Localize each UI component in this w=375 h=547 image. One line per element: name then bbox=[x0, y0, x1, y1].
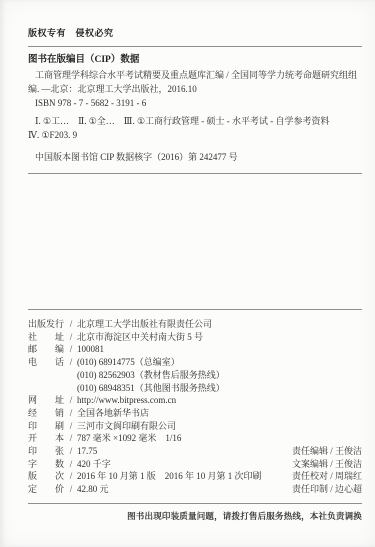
staff-credit: 责任编辑 / 王俊洁 bbox=[292, 445, 362, 458]
publication-field-value: http://www.bitpress.com.cn bbox=[77, 394, 362, 407]
publication-field-label: 印 刷 bbox=[28, 420, 65, 433]
publication-row: 印 张 / 17.75 责任编辑 / 王俊洁 bbox=[28, 445, 362, 458]
divider-cip-bottom bbox=[28, 173, 362, 174]
staff-credit-role: 文案编辑 bbox=[292, 459, 328, 469]
cip-entry-line1: 工商管理学科综合水平考试精要及重点题库汇编 / 全国同等学力统考命题研究组组 bbox=[28, 69, 362, 81]
publication-field-value: 北京市海淀区中关村南大街 5 号 bbox=[77, 331, 362, 344]
publication-row: 字 数 / 420 千字 文案编辑 / 王俊洁 bbox=[28, 458, 362, 471]
staff-credit-name: 王俊洁 bbox=[335, 459, 362, 469]
publication-field-value: (010) 68914775（总编室） bbox=[77, 356, 362, 369]
publication-row: 邮 编 / 100081 bbox=[28, 343, 362, 356]
publication-row: 开 本 / 787 毫米 ×1092 毫米 1/16 bbox=[28, 432, 362, 445]
publication-row: 定 价 / 42.80 元 责任印制 / 边心超 bbox=[28, 483, 362, 496]
cip-classification-line1: Ⅰ. ①工… Ⅱ. ①全… Ⅲ. ①工商行政管理 - 硕士 - 水平考试 - 自… bbox=[28, 115, 362, 127]
label-value-separator: / bbox=[65, 445, 77, 458]
staff-credit: 责任印制 / 边心超 bbox=[292, 483, 362, 496]
staff-credit-separator: / bbox=[328, 446, 335, 456]
cip-record-number: 中国版本图书馆 CIP 数据核字（2016）第 242477 号 bbox=[28, 151, 362, 163]
staff-credit-role: 责任印制 bbox=[292, 484, 328, 494]
publication-field-value: 全国各地新华书店 bbox=[77, 407, 362, 420]
label-value-separator: / bbox=[65, 432, 77, 445]
publication-field-label: 印 张 bbox=[28, 445, 65, 458]
staff-credit-name: 王俊洁 bbox=[335, 446, 362, 456]
publication-field-value: (010) 82562903（教材售后服务热线） bbox=[77, 369, 362, 382]
label-value-separator: / bbox=[65, 343, 77, 356]
label-value-separator: / bbox=[65, 458, 77, 471]
staff-credit: 责任校对 / 周瑞红 bbox=[292, 470, 362, 483]
publication-field-label: 经 销 bbox=[28, 407, 65, 420]
staff-credit-name: 周瑞红 bbox=[335, 471, 362, 481]
staff-credit-separator: / bbox=[328, 484, 335, 494]
label-value-separator: / bbox=[65, 420, 77, 433]
staff-credit-separator: / bbox=[328, 459, 335, 469]
cip-classification-line2: Ⅳ. ①F203. 9 bbox=[28, 129, 362, 141]
label-value-separator: / bbox=[65, 331, 77, 344]
divider-publication-top bbox=[28, 309, 362, 310]
publication-row: 出版发行 / 北京理工大学出版社有限责任公司 bbox=[28, 318, 362, 331]
publication-field-label: 网 址 bbox=[28, 394, 65, 407]
label-value-separator: / bbox=[65, 318, 77, 331]
book-copyright-page: 版权专有 侵权必究 图书在版编目（CIP）数据 工商管理学科综合水平考试精要及重… bbox=[0, 0, 375, 547]
publication-field-label: 字 数 bbox=[28, 458, 65, 471]
publication-row: 经 销 / 全国各地新华书店 bbox=[28, 407, 362, 420]
publication-field-value: 42.80 元 bbox=[77, 483, 292, 496]
cip-entry-line2: 编. —北京：北京理工大学出版社，2016.10 bbox=[28, 83, 362, 95]
publication-field-label: 社 址 bbox=[28, 331, 65, 344]
publication-field-label: 电 话 bbox=[28, 356, 65, 369]
publication-field-label: 版 次 bbox=[28, 470, 65, 483]
label-value-separator: / bbox=[65, 356, 77, 369]
publication-field-label: 邮 编 bbox=[28, 343, 65, 356]
publication-field-value: 17.75 bbox=[77, 445, 292, 458]
publication-field-value: 100081 bbox=[77, 343, 362, 356]
publication-row: 电 话 / (010) 68914775（总编室） bbox=[28, 356, 362, 369]
publication-row: 社 址 / 北京市海淀区中关村南大街 5 号 bbox=[28, 331, 362, 344]
copyright-notice: 版权专有 侵权必究 bbox=[28, 27, 362, 39]
label-value-separator: / bbox=[65, 483, 77, 496]
divider-top bbox=[28, 46, 362, 47]
publication-field-label: 出版发行 bbox=[28, 318, 65, 331]
publication-field-value: 北京理工大学出版社有限责任公司 bbox=[77, 318, 362, 331]
staff-credit-role: 责任校对 bbox=[292, 471, 328, 481]
label-value-separator: / bbox=[65, 407, 77, 420]
staff-credit-role: 责任编辑 bbox=[292, 446, 328, 456]
divider-footer bbox=[28, 503, 362, 504]
publication-field-label: 开 本 bbox=[28, 432, 65, 445]
publication-field-value: 2016 年 10 月第 1 版 2016 年 10 月第 1 次印刷 bbox=[77, 470, 292, 483]
publication-row: (010) 68948351（其他图书服务热线） bbox=[28, 382, 362, 395]
publication-field-label: 定 价 bbox=[28, 483, 65, 496]
publication-row: 网 址 / http://www.bitpress.com.cn bbox=[28, 394, 362, 407]
publication-rows: 出版发行 / 北京理工大学出版社有限责任公司 社 址 / 北京市海淀区中关村南大… bbox=[28, 318, 362, 496]
publication-row: (010) 82562903（教材售后服务热线） bbox=[28, 369, 362, 382]
publication-field-value: 420 千字 bbox=[77, 458, 292, 471]
publication-field-value: 787 毫米 ×1092 毫米 1/16 bbox=[77, 432, 362, 445]
isbn-line: ISBN 978 - 7 - 5682 - 3191 - 6 bbox=[28, 97, 362, 109]
label-value-separator: / bbox=[65, 394, 77, 407]
footer-service-note: 图书出现印装质量问题，请拨打售后服务热线，本社负责调换 bbox=[127, 510, 362, 522]
publication-row: 版 次 / 2016 年 10 月第 1 版 2016 年 10 月第 1 次印… bbox=[28, 470, 362, 483]
publication-row: 印 刷 / 三河市文阆印刷有限公司 bbox=[28, 420, 362, 433]
staff-credit-name: 边心超 bbox=[335, 484, 362, 494]
cip-heading: 图书在版编目（CIP）数据 bbox=[28, 54, 362, 66]
publication-field-value: 三河市文阆印刷有限公司 bbox=[77, 420, 362, 433]
publication-field-value: (010) 68948351（其他图书服务热线） bbox=[77, 382, 362, 395]
staff-credit-separator: / bbox=[328, 471, 335, 481]
staff-credit: 文案编辑 / 王俊洁 bbox=[292, 458, 362, 471]
label-value-separator: / bbox=[65, 470, 77, 483]
